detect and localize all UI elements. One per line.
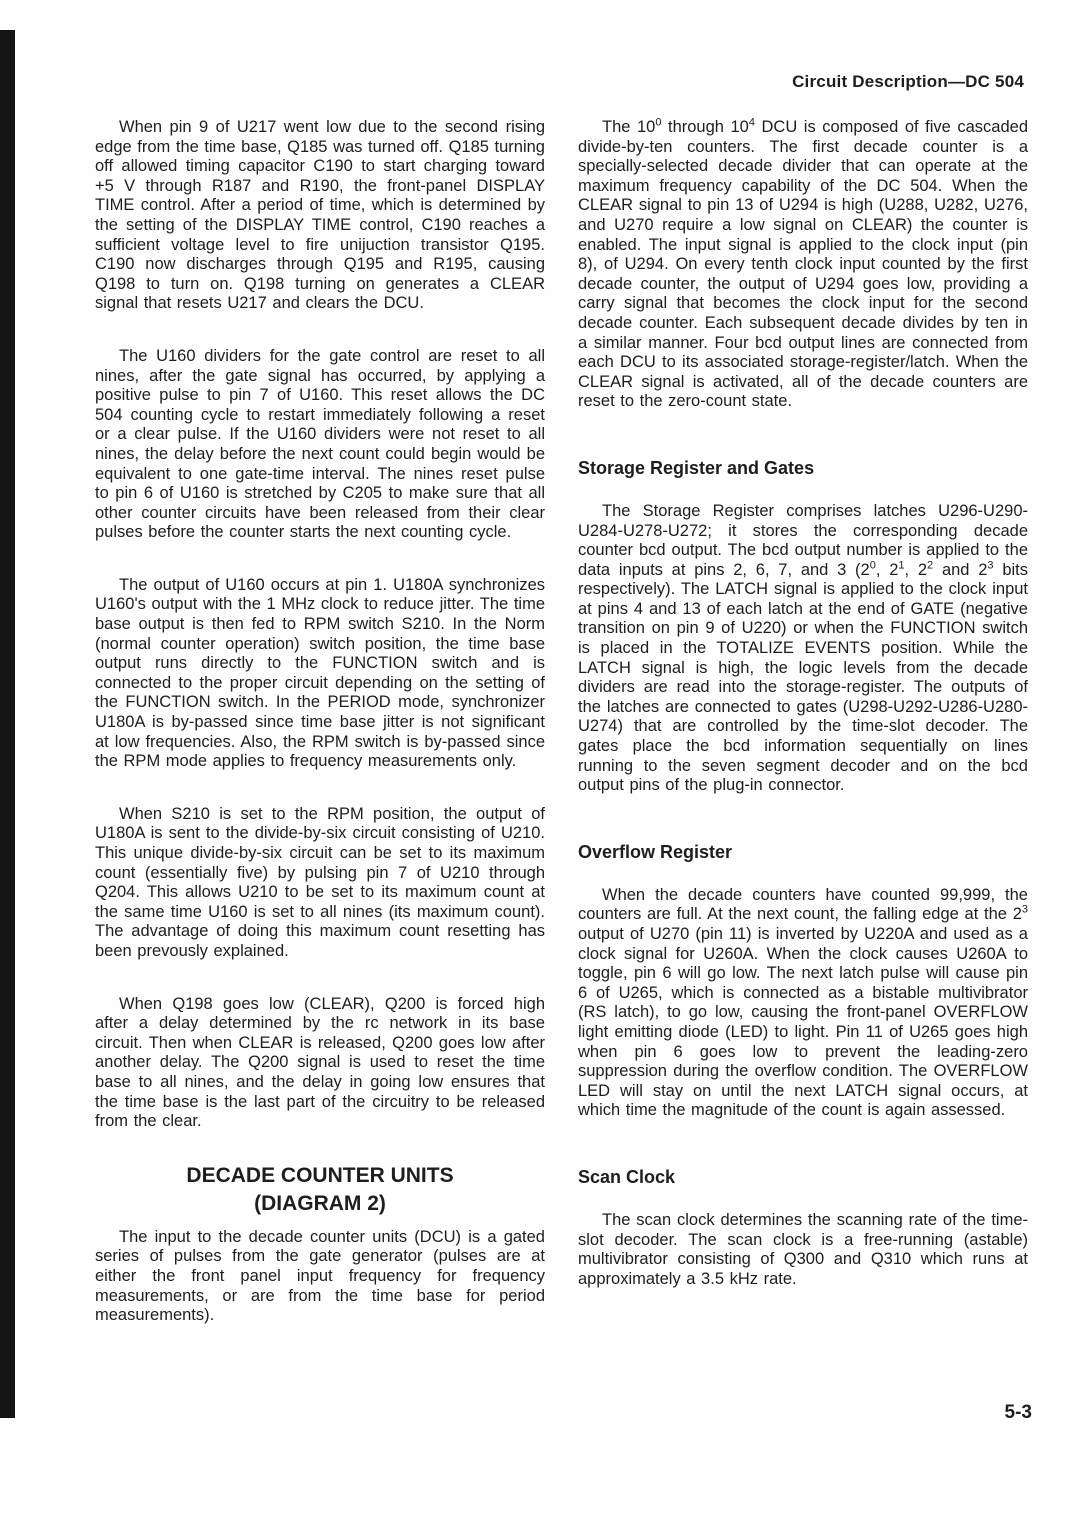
section-heading-centered: DECADE COUNTER UNITS(DIAGRAM 2)	[95, 1162, 545, 1218]
superscript: 1	[898, 559, 904, 571]
manual-page: Circuit Description—DC 504 When pin 9 of…	[0, 0, 1080, 1530]
paragraph: The input to the decade counter units (D…	[95, 1228, 545, 1326]
superscript: 3	[987, 559, 993, 571]
section-heading: Overflow Register	[578, 842, 1028, 862]
superscript: 0	[655, 117, 661, 129]
paragraph: The scan clock determines the scanning r…	[578, 1211, 1028, 1289]
paragraph: When the decade counters have counted 99…	[578, 886, 1028, 1121]
paragraph: The Storage Register comprises latches U…	[578, 502, 1028, 796]
two-column-body: When pin 9 of U217 went low due to the s…	[95, 118, 1028, 1326]
section-heading: Scan Clock	[578, 1167, 1028, 1187]
superscript: 4	[749, 117, 755, 129]
page-number: 5-3	[1005, 1402, 1032, 1424]
page-header-title: Circuit Description—DC 504	[792, 72, 1024, 92]
section-heading: Storage Register and Gates	[578, 458, 1028, 478]
paragraph: The output of U160 occurs at pin 1. U180…	[95, 576, 545, 772]
superscript: 2	[927, 559, 933, 571]
column-right: The 100 through 104 DCU is composed of f…	[578, 118, 1028, 1326]
paragraph: When Q198 goes low (CLEAR), Q200 is forc…	[95, 995, 545, 1132]
paragraph: The 100 through 104 DCU is composed of f…	[578, 118, 1028, 412]
paragraph: When pin 9 of U217 went low due to the s…	[95, 118, 545, 314]
paragraph: The U160 dividers for the gate control a…	[95, 347, 545, 543]
column-left: When pin 9 of U217 went low due to the s…	[95, 118, 545, 1326]
superscript: 0	[870, 559, 876, 571]
binding-edge-bar	[0, 30, 15, 1418]
paragraph: When S210 is set to the RPM position, th…	[95, 805, 545, 962]
superscript: 3	[1022, 904, 1028, 916]
